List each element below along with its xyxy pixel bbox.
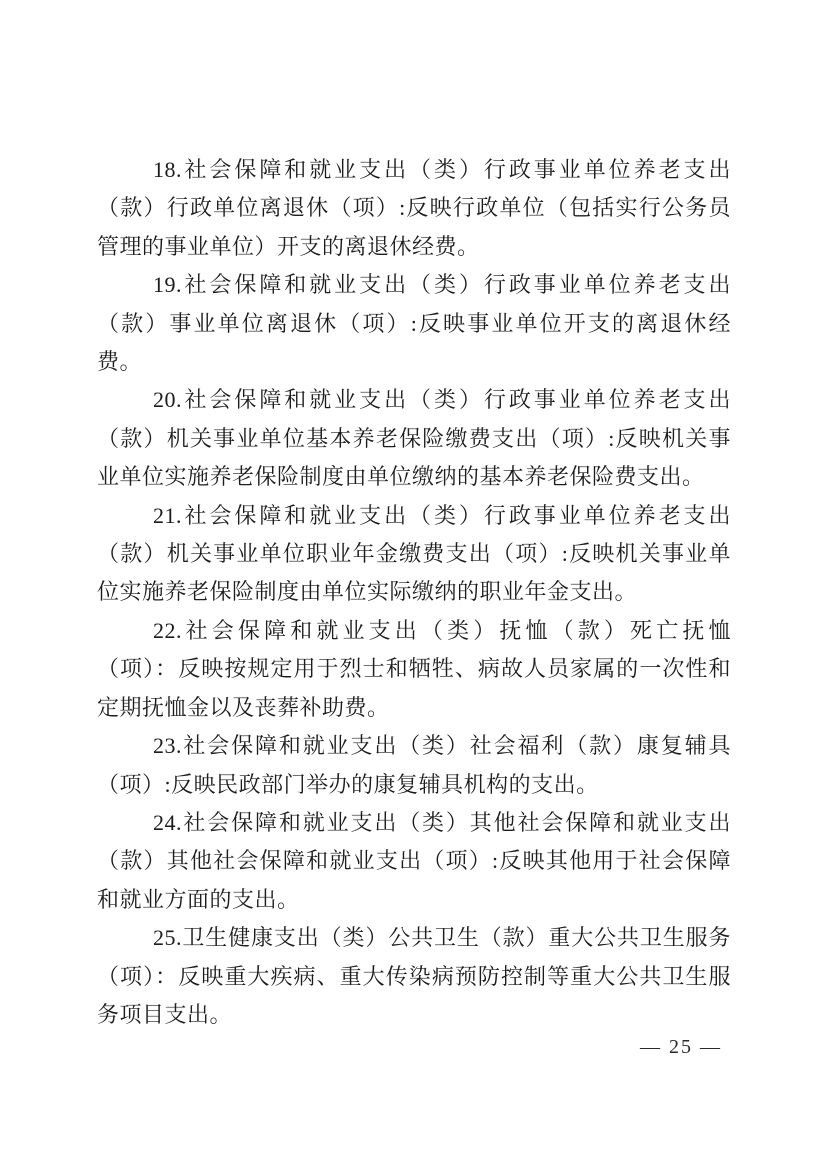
document-body: 18.社会保障和就业支出（类）行政事业单位养老支出（款）行政单位离退休（项）:反… [97,151,731,1034]
paragraph-item-20: 20.社会保障和就业支出（类）行政事业单位养老支出（款）机关事业单位基本养老保险… [97,381,731,496]
page-number: — 25 — [640,1036,722,1059]
document-page: 18.社会保障和就业支出（类）行政事业单位养老支出（款）行政单位离退休（项）:反… [0,0,826,1169]
paragraph-item-24: 24.社会保障和就业支出（类）其他社会保障和就业支出（款）其他社会保障和就业支出… [97,804,731,919]
paragraph-item-23: 23.社会保障和就业支出（类）社会福利（款）康复辅具（项）:反映民政部门举办的康… [97,727,731,804]
paragraph-item-21: 21.社会保障和就业支出（类）行政事业单位养老支出（款）机关事业单位职业年金缴费… [97,497,731,612]
paragraph-item-22: 22.社会保障和就业支出（类）抚恤（款）死亡抚恤（项）：反映按规定用于烈士和牺牲… [97,612,731,727]
paragraph-item-18: 18.社会保障和就业支出（类）行政事业单位养老支出（款）行政单位离退休（项）:反… [97,151,731,266]
paragraph-item-19: 19.社会保障和就业支出（类）行政事业单位养老支出（款）事业单位离退休（项）:反… [97,266,731,381]
paragraph-item-25: 25.卫生健康支出（类）公共卫生（款）重大公共卫生服务（项）：反映重大疾病、重大… [97,919,731,1034]
